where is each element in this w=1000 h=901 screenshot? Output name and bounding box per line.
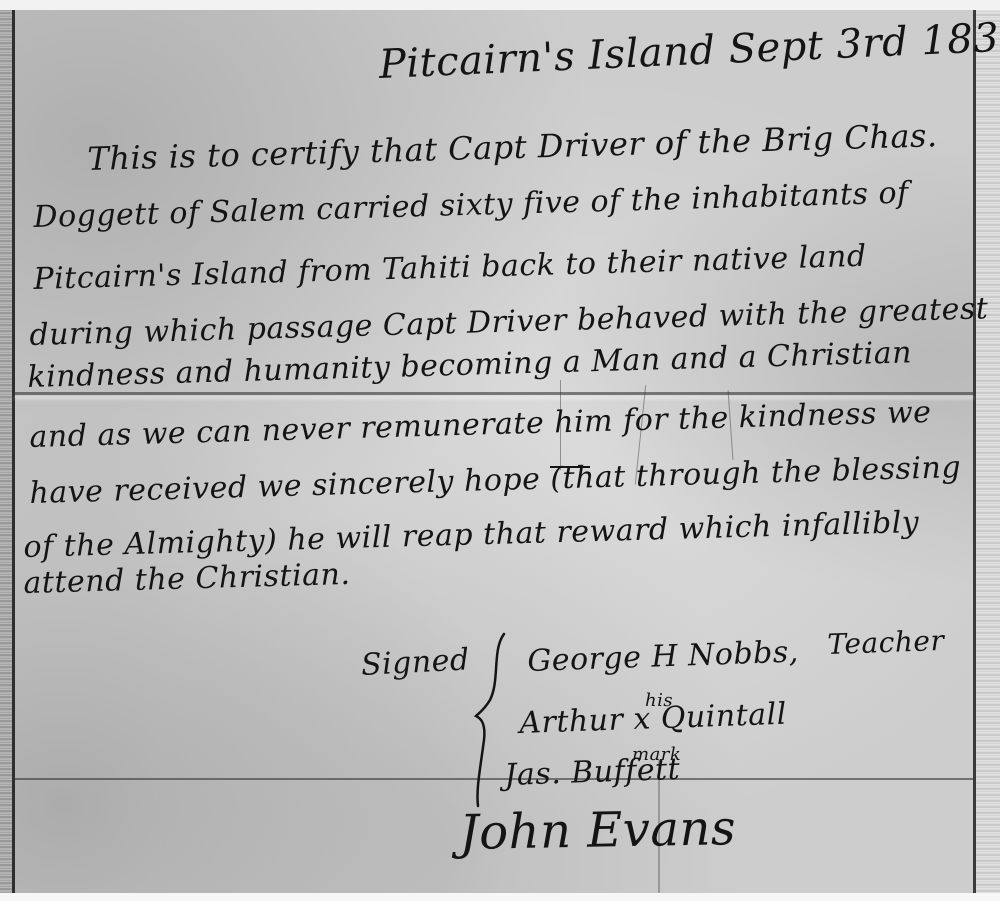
top-margin — [0, 0, 1000, 10]
bottom-margin — [0, 893, 1000, 901]
right-page-edge — [976, 10, 1000, 893]
signer-title-teacher: Teacher — [827, 624, 945, 661]
fold-crease-middle — [15, 392, 973, 395]
signed-label: Signed — [360, 642, 470, 683]
underline-mark — [550, 466, 590, 468]
signature-buffett: Jas. Buffett — [504, 752, 681, 793]
signature-evans: John Evans — [459, 800, 736, 861]
